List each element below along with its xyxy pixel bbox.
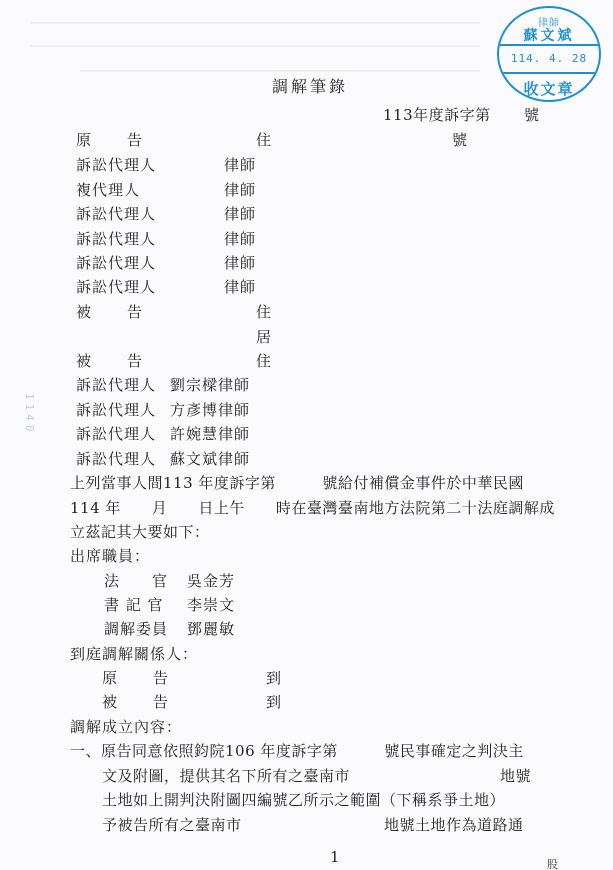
party-counsel: 律師 [224,278,256,296]
party-address-label: 住 [256,131,272,149]
party-role: 複代理人 [76,181,140,199]
case-number-suffix: 號 [524,106,540,124]
document-title: 調解筆錄 [272,78,348,96]
party-role: 被 告 [76,303,144,321]
case-number: 113年度訴字第 [383,106,491,124]
intro-line: 上列當事人間113 年度訴字第 號給付補償金事件於中華民國 [70,474,524,492]
stamp-divider [499,72,599,74]
party-role: 訴訟代理人 [76,254,156,272]
content-line: 土地如上開判決附圖四編號乙所示之範圍（下稱系爭土地） [102,791,505,809]
content-line: 一、原告同意依照鈞院106 年度訴字第 號民事確定之判決主 [70,742,524,760]
party-role: 原 告 [76,131,144,149]
intro-line: 立茲記其大要如下： [70,523,210,541]
content-line: 地號 [500,767,531,785]
received-stamp: 律師 蘇文斌 114. 4. 28 收文章 [497,6,601,102]
page-number: 1 [330,848,341,866]
party-role: 訴訟代理人 [76,205,156,223]
stamp-name: 蘇文斌 [499,25,599,45]
party-counsel: 律師 [224,205,256,223]
attending-name: 鄧麗敏 [187,620,235,638]
party-counsel: 劉宗樑律師 [170,376,250,394]
attending-header: 出席職員： [70,547,150,565]
stamp-date: 114. 4. 28 [499,52,599,65]
stamp-divider [499,44,599,46]
party-counsel: 方彥博律師 [170,401,250,419]
party-role: 訴訟代理人 [76,401,156,419]
party-role: 訴訟代理人 [76,425,156,443]
show-through-line [80,70,480,72]
document-page: 律師 蘇文斌 114. 4. 28 收文章 1140 調解筆錄 113年度訴字第… [0,0,613,870]
intro-line: 114 年 月 日上午 時在臺灣臺南地方法院第二十法庭調解成 [70,499,555,517]
party-counsel: 蘇文斌律師 [170,450,250,468]
content-line: 文及附圖，提供其名下所有之臺南市 [102,767,350,785]
party-role: 訴訟代理人 [76,278,156,296]
party-counsel: 律師 [224,156,256,174]
footer-mark: 股 [547,856,558,870]
attending-title: 書 記 官 [104,596,164,614]
party-counsel: 律師 [224,181,256,199]
party-address-suffix: 號 [452,131,468,149]
attending-name: 李崇文 [187,596,235,614]
present-role: 被 告 [102,693,170,711]
party-counsel: 律師 [224,230,256,248]
content-line: 地號土地作為道路通 [384,816,524,834]
party-address-label: 住 [256,352,272,370]
party-counsel: 律師 [224,254,256,272]
present-role: 原 告 [102,669,170,687]
present-status: 到 [266,693,282,711]
content-line: 予被告所有之臺南市 [102,816,242,834]
show-through-line [30,45,480,47]
side-dot-mark: 1140 [14,393,34,493]
show-through-line [30,22,480,24]
party-role: 訴訟代理人 [76,156,156,174]
attending-name: 吳金芳 [187,572,235,590]
stamp-label: 收文章 [499,78,599,99]
party-address-label: 居 [256,328,272,346]
party-counsel: 許婉慧律師 [170,425,250,443]
attending-title: 法 官 [104,572,168,590]
party-role: 訴訟代理人 [76,450,156,468]
party-role: 訴訟代理人 [76,230,156,248]
content-header: 調解成立內容： [70,718,182,736]
party-role: 訴訟代理人 [76,376,156,394]
parties-present-header: 到庭調解關係人： [70,645,198,663]
attending-title: 調解委員 [104,620,168,638]
present-status: 到 [266,669,282,687]
party-role: 被 告 [76,352,144,370]
party-address-label: 住 [256,303,272,321]
